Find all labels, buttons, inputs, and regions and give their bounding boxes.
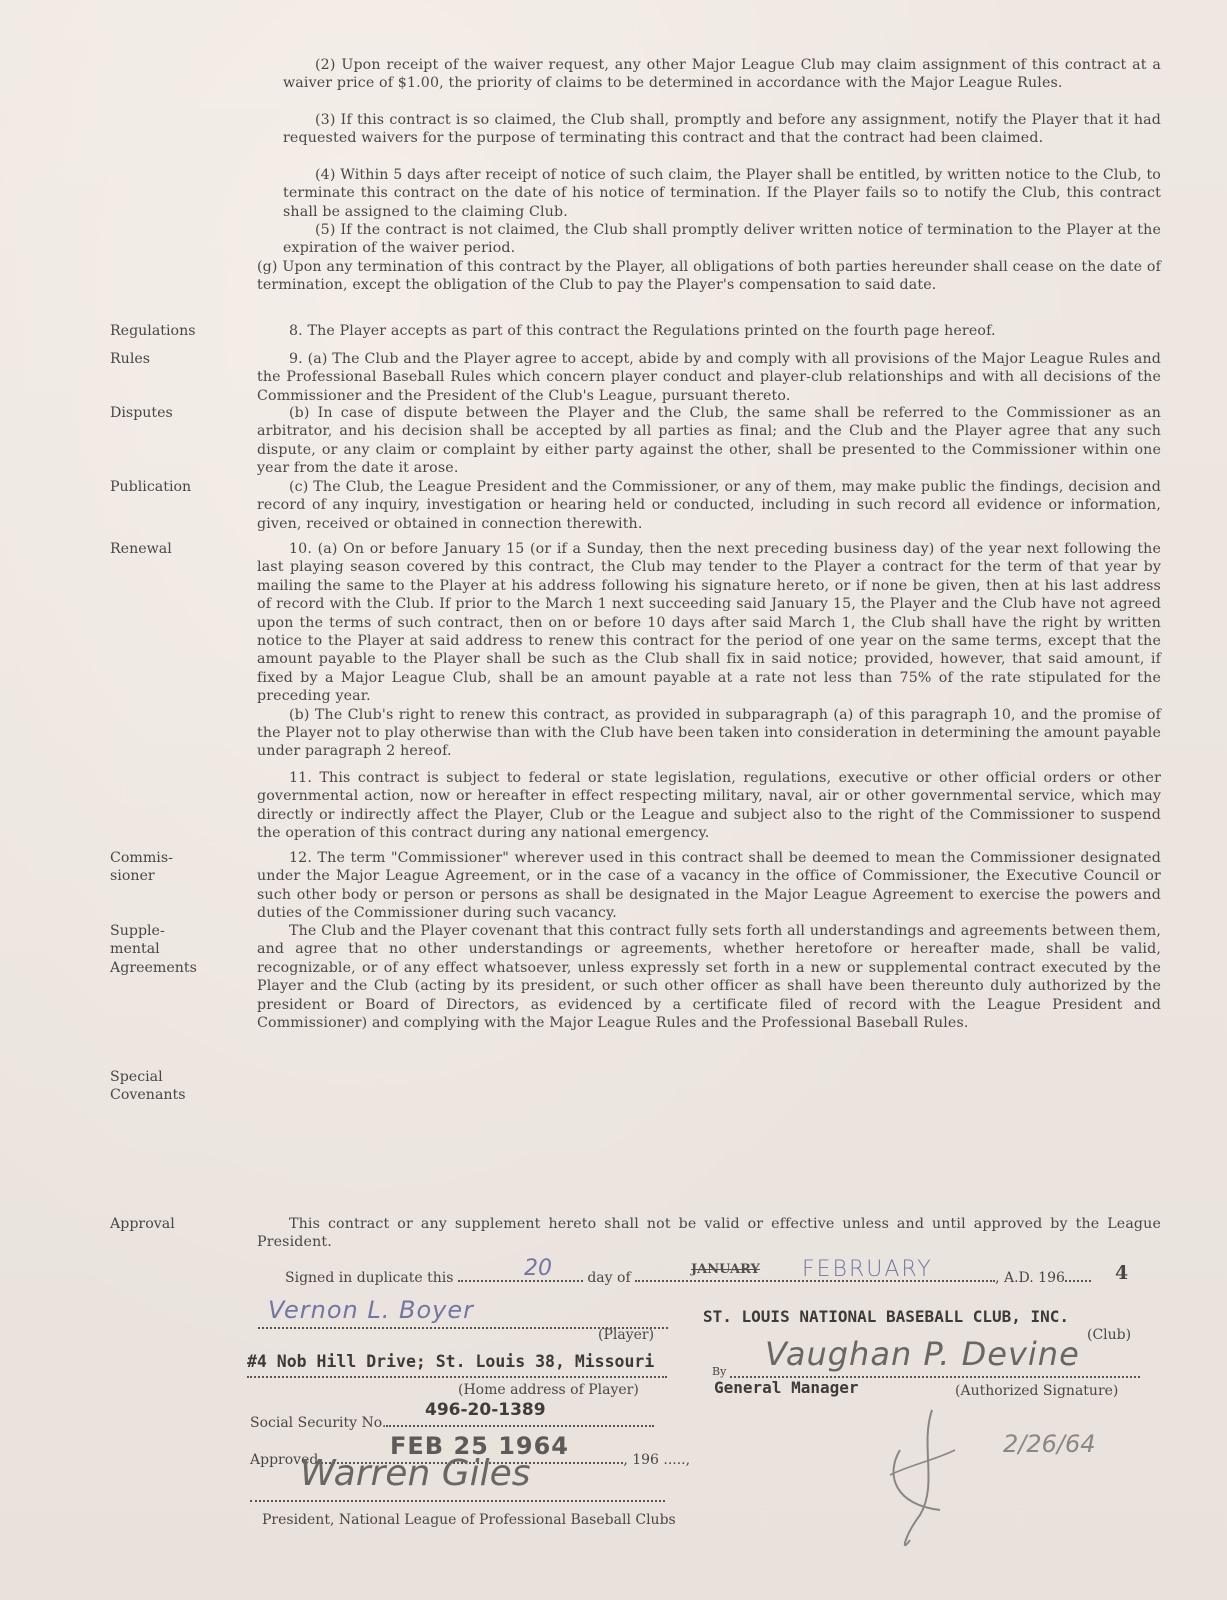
by-label: By — [712, 1365, 726, 1378]
paragraph-12: 12. The term "Commissioner" wherever use… — [257, 849, 1161, 923]
paragraph-9a: 9. (a) The Club and the Player agree to … — [257, 350, 1161, 405]
waiver-4-wrap: (4) Within 5 days after receipt of notic… — [283, 166, 1161, 221]
ssn-field[interactable]: 496-20-1389 — [425, 1400, 546, 1420]
waiver-3-wrap: (3) If this contract is so claimed, the … — [283, 111, 1161, 148]
paragraph-waiver-5: (5) If the contract is not claimed, the … — [283, 221, 1161, 258]
section-renewal: 10. (a) On or before January 15 (or if a… — [257, 540, 1161, 761]
label-supplemental-agreements: Supple- mental Agreements — [110, 922, 250, 977]
address-dots — [247, 1366, 667, 1382]
section-rules: 9. (a) The Club and the Player agree to … — [257, 350, 1161, 405]
label-rules: Rules — [110, 350, 250, 368]
waiver-5-wrap: (5) If the contract is not claimed, the … — [283, 221, 1161, 258]
paragraph-approval: This contract or any supplement hereto s… — [257, 1215, 1161, 1252]
ssn-label: Social Security No. — [250, 1415, 386, 1431]
authorized-signature[interactable]: Vaughan P. Devine — [765, 1335, 1080, 1373]
section-approval: This contract or any supplement hereto s… — [257, 1215, 1161, 1252]
section-legislation: 11. This contract is subject to federal … — [257, 769, 1161, 843]
label-disputes: Disputes — [110, 404, 250, 422]
authorized-title: General Manager — [714, 1378, 859, 1397]
authorized-caption: (Authorized Signature) — [955, 1383, 1118, 1399]
president-caption: President, National League of Profession… — [262, 1512, 676, 1528]
month-field[interactable]: FEBRUARY — [802, 1257, 933, 1282]
player-caption: (Player) — [598, 1327, 654, 1343]
label-renewal: Renewal — [110, 540, 250, 558]
contract-page: (2) Upon receipt of the waiver request, … — [0, 0, 1227, 1600]
section-supplemental: The Club and the Player covenant that th… — [257, 922, 1161, 1032]
paragraph-supplemental: The Club and the Player covenant that th… — [257, 922, 1161, 1032]
club-caption: (Club) — [1087, 1327, 1131, 1343]
signed-prefix: Signed in duplicate this — [285, 1270, 453, 1286]
paragraph-waiver-2: (2) Upon receipt of the waiver request, … — [283, 56, 1161, 93]
year-digit-field[interactable]: 4 — [1115, 1262, 1128, 1284]
pencil-date-note: 2/26/64 — [1003, 1430, 1096, 1458]
club-name: ST. LOUIS NATIONAL BASEBALL CLUB, INC. — [703, 1307, 1069, 1326]
termination-g-wrap: (g) Upon any termination of this contrac… — [257, 258, 1161, 295]
paragraph-10a: 10. (a) On or before January 15 (or if a… — [257, 540, 1161, 706]
player-signature[interactable]: Vernon L. Boyer — [268, 1296, 474, 1324]
label-special-covenants: Special Covenants — [110, 1068, 250, 1105]
signed-line: Signed in duplicate this day of , A.D. 1… — [285, 1270, 1091, 1286]
section-disputes: (b) In case of dispute between the Playe… — [257, 404, 1161, 478]
paragraph-waiver-3: (3) If this contract is so claimed, the … — [283, 111, 1161, 148]
label-regulations: Regulations — [110, 322, 250, 340]
paragraph-10b: (b) The Club's right to renew this contr… — [257, 706, 1161, 761]
ad-prefix: , A.D. 196 — [995, 1270, 1065, 1286]
approved-year-suffix: , 196 ....., — [623, 1452, 690, 1468]
day-field[interactable]: 20 — [524, 1256, 552, 1281]
home-address-caption: (Home address of Player) — [458, 1382, 639, 1398]
paragraph-9c: (c) The Club, the League President and t… — [257, 478, 1161, 533]
president-signature[interactable]: Warren Giles — [300, 1453, 531, 1494]
waiver-subparagraphs: (2) Upon receipt of the waiver request, … — [283, 56, 1161, 93]
section-publication: (c) The Club, the League President and t… — [257, 478, 1161, 533]
section-commissioner: 12. The term "Commissioner" wherever use… — [257, 849, 1161, 923]
paragraph-9b: (b) In case of dispute between the Playe… — [257, 404, 1161, 478]
label-publication: Publication — [110, 478, 250, 496]
paragraph-8: 8. The Player accepts as part of this co… — [257, 322, 1161, 340]
paragraph-termination-g: (g) Upon any termination of this contrac… — [257, 258, 1161, 295]
month-struck: JANUARY — [691, 1262, 760, 1277]
label-commissioner: Commis- sioner — [110, 849, 250, 886]
day-of-label: day of — [587, 1270, 630, 1286]
paragraph-waiver-4: (4) Within 5 days after receipt of notic… — [283, 166, 1161, 221]
section-regulations: 8. The Player accepts as part of this co… — [257, 322, 1161, 340]
paragraph-11: 11. This contract is subject to federal … — [257, 769, 1161, 843]
pencil-initials-mark — [880, 1405, 1000, 1555]
label-approval: Approval — [110, 1215, 250, 1233]
